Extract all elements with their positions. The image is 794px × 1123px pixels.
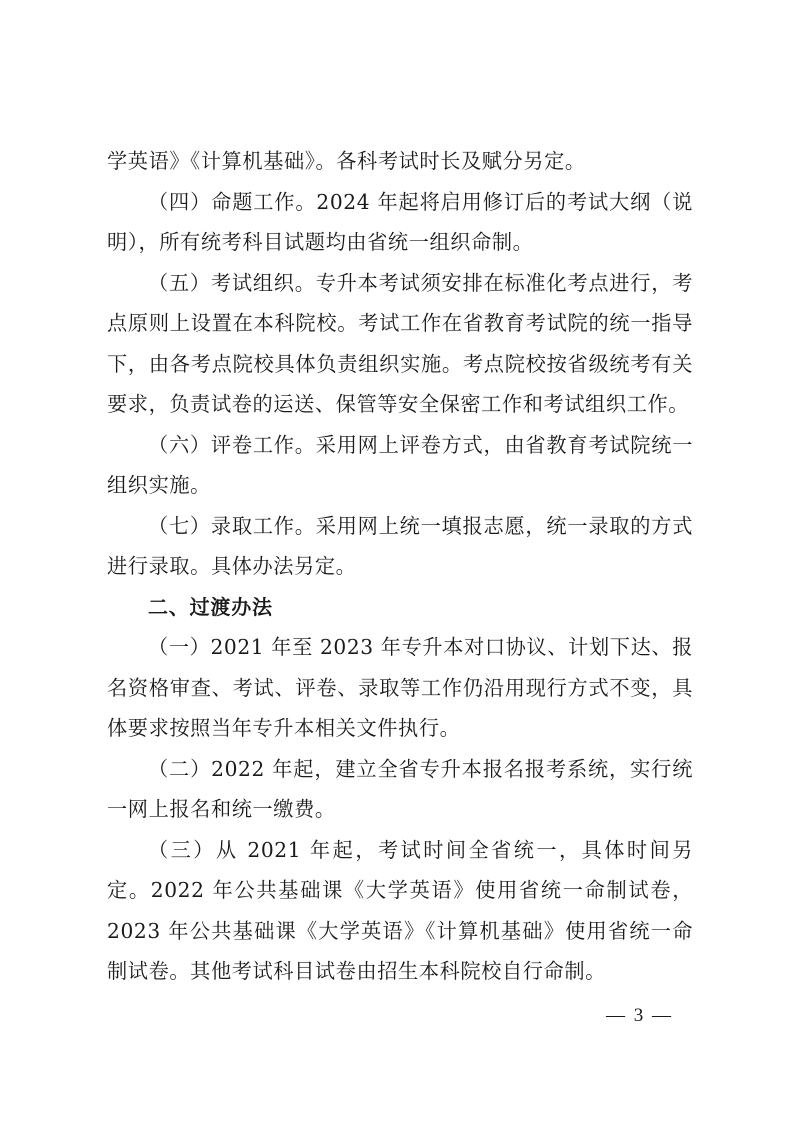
paragraph-item-5-exam-organization: （五）考试组织。专升本考试须安排在标准化考点进行，考点原则上设置在本科院校。考试… <box>107 263 693 425</box>
paragraph-item-7-admission: （七）录取工作。采用网上统一填报志愿，统一录取的方式进行录取。具体办法另定。 <box>107 506 693 587</box>
paragraph-transition-1: （一）2021 年至 2023 年专升本对口协议、计划下达、报名资格审查、考试、… <box>107 627 693 749</box>
paragraph-item-6-grading: （六）评卷工作。采用网上评卷方式，由省教育考试院统一组织实施。 <box>107 425 693 506</box>
paragraph-transition-2: （二）2022 年起，建立全省专升本报名报考系统，实行统一网上报名和统一缴费。 <box>107 749 693 830</box>
paragraph-item-4-proposition: （四）命题工作。2024 年起将启用修订后的考试大纲（说明），所有统考科目试题均… <box>107 182 693 263</box>
page-number: — 3 — <box>606 1004 673 1028</box>
document-page: 学英语》《计算机基础》。各科考试时长及赋分另定。 （四）命题工作。2024 年起… <box>107 141 693 992</box>
paragraph-continuation: 学英语》《计算机基础》。各科考试时长及赋分另定。 <box>107 141 693 182</box>
paragraph-transition-3: （三）从 2021 年起，考试时间全省统一，具体时间另定。2022 年公共基础课… <box>107 830 693 992</box>
section-heading-transition: 二、过渡办法 <box>107 587 693 628</box>
